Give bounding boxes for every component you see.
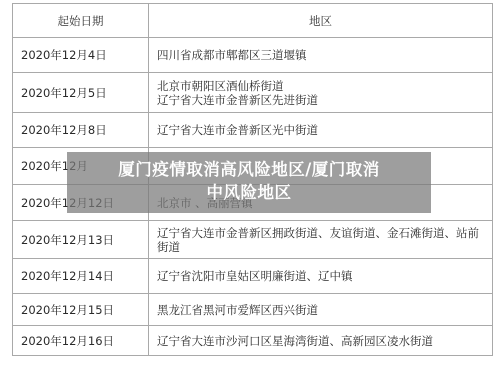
start-date-cell: 2020年12月15日 <box>13 294 149 326</box>
table-header-row: 起始日期 地区 <box>13 4 493 38</box>
region-cell: 黑龙江省黑河市爱辉区西兴街道 <box>149 294 493 326</box>
region-cell: 辽宁省沈阳市皇姑区明廉街道、辽中镇 <box>149 259 493 294</box>
table-row: 2020年12月8日辽宁省大连市金普新区光中街道 <box>13 113 493 148</box>
start-date-cell: 2020年12月5日 <box>13 73 149 113</box>
start-date-cell: 2020年12月13日 <box>13 221 149 259</box>
region-cell: 北京市朝阳区酒仙桥街道 辽宁省大连市金普新区先进街道 <box>149 73 493 113</box>
start-date-cell: 2020年12月8日 <box>13 113 149 148</box>
headline-overlay: 厦门疫情取消高风险地区/厦门取消 中风险地区 <box>67 152 431 213</box>
start-date-cell: 2020年12月4日 <box>13 38 149 73</box>
table-row: 2020年12月5日北京市朝阳区酒仙桥街道 辽宁省大连市金普新区先进街道 <box>13 73 493 113</box>
table-row: 2020年12月13日辽宁省大连市金普新区拥政街道、友谊街道、金石滩街道、站前街… <box>13 221 493 259</box>
start-date-cell: 2020年12月14日 <box>13 259 149 294</box>
table-row: 2020年12月14日辽宁省沈阳市皇姑区明廉街道、辽中镇 <box>13 259 493 294</box>
headline-line-2: 中风险地区 <box>67 181 431 204</box>
table-row: 2020年12月4日四川省成都市郫都区三道堰镇 <box>13 38 493 73</box>
headline-line-1: 厦门疫情取消高风险地区/厦门取消 <box>67 158 431 181</box>
region-cell: 辽宁省大连市金普新区拥政街道、友谊街道、金石滩街道、站前街道 <box>149 221 493 259</box>
header-start-date: 起始日期 <box>13 4 149 38</box>
region-cell: 辽宁省大连市金普新区光中街道 <box>149 113 493 148</box>
start-date-cell: 2020年12月16日 <box>13 326 149 356</box>
region-cell: 辽宁省大连市沙河口区星海湾街道、高新园区凌水街道 <box>149 326 493 356</box>
header-region: 地区 <box>149 4 493 38</box>
region-cell: 四川省成都市郫都区三道堰镇 <box>149 38 493 73</box>
table-row: 2020年12月16日辽宁省大连市沙河口区星海湾街道、高新园区凌水街道 <box>13 326 493 356</box>
table-row: 2020年12月15日黑龙江省黑河市爱辉区西兴街道 <box>13 294 493 326</box>
